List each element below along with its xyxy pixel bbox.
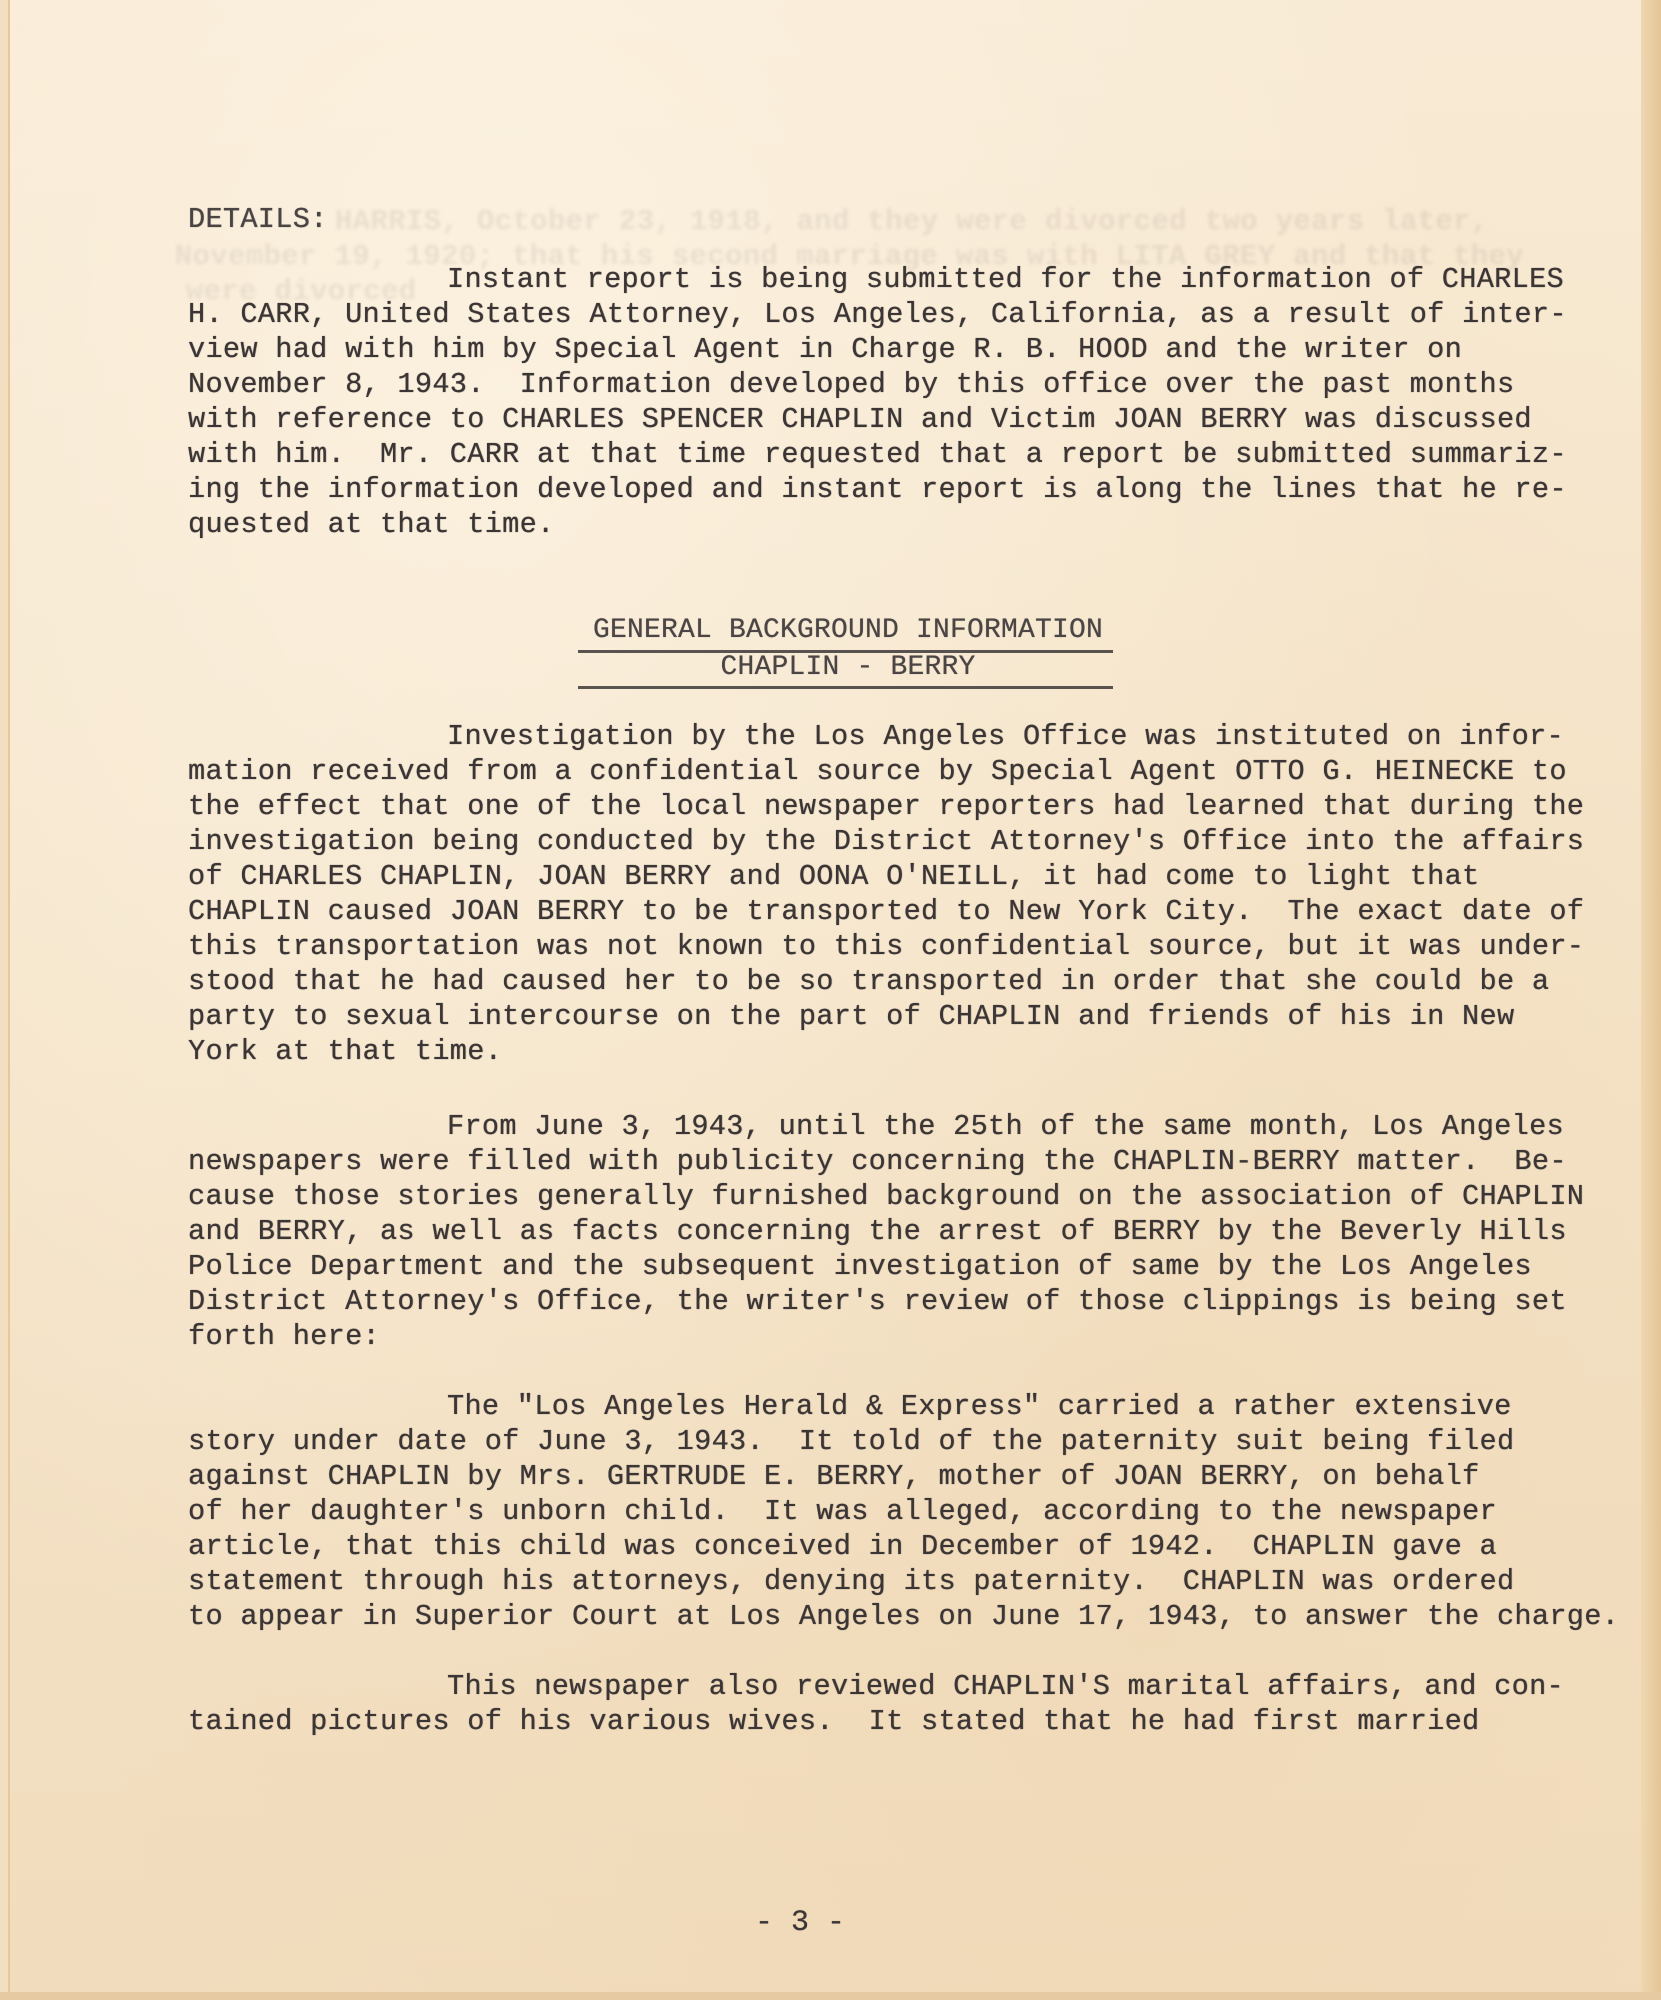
text-line: York at that time. <box>188 1035 502 1068</box>
text-line: Instant report is being submitted for th… <box>447 263 1564 296</box>
text-line: against CHAPLIN by Mrs. GERTRUDE E. BERR… <box>188 1460 1480 1493</box>
text-line: forth here: <box>188 1320 380 1353</box>
heading-line-2: CHAPLIN - BERRY <box>578 652 1118 683</box>
text-line: view had with him by Special Agent in Ch… <box>188 333 1462 366</box>
text-line: District Attorney's Office, the writer's… <box>188 1285 1567 1318</box>
text-line: CHAPLIN caused JOAN BERRY to be transpor… <box>188 895 1584 928</box>
text-line: statement through his attorneys, denying… <box>188 1565 1514 1598</box>
text-line: Police Department and the subsequent inv… <box>188 1250 1532 1283</box>
text-line: with reference to CHARLES SPENCER CHAPLI… <box>188 403 1532 436</box>
text-line: ing the information developed and instan… <box>188 473 1567 506</box>
text-line: with him. Mr. CARR at that time requeste… <box>188 438 1567 471</box>
text-line: cause those stories generally furnished … <box>188 1180 1584 1213</box>
text-line: of her daughter's unborn child. It was a… <box>188 1495 1497 1528</box>
text-line: tained pictures of his various wives. It… <box>188 1705 1480 1738</box>
text-line: November 8, 1943. Information developed … <box>188 368 1514 401</box>
text-line: H. CARR, United States Attorney, Los Ang… <box>188 298 1567 331</box>
text-line: Investigation by the Los Angeles Office … <box>447 720 1564 753</box>
text-line: party to sexual intercourse on the part … <box>188 1000 1514 1033</box>
heading-line-1: GENERAL BACKGROUND INFORMATION <box>578 615 1118 646</box>
text-line: quested at that time. <box>188 508 555 541</box>
bleed-through-text: HARRIS, October 23, 1918, and they were … <box>175 205 1489 238</box>
heading-underline <box>578 686 1113 689</box>
text-line: This newspaper also reviewed CHAPLIN'S m… <box>447 1670 1564 1703</box>
paper-edge <box>0 1992 1661 2000</box>
text-line: From June 3, 1943, until the 25th of the… <box>447 1110 1564 1143</box>
text-line: newspapers were filled with publicity co… <box>188 1145 1567 1178</box>
page-number: - 3 - <box>755 1906 845 1940</box>
text-line: to appear in Superior Court at Los Angel… <box>188 1600 1619 1633</box>
text-line: The "Los Angeles Herald & Express" carri… <box>447 1390 1512 1423</box>
document-page: HARRIS, October 23, 1918, and they were … <box>8 0 1645 1992</box>
text-line: story under date of June 3, 1943. It tol… <box>188 1425 1514 1458</box>
text-line: investigation being conducted by the Dis… <box>188 825 1584 858</box>
text-line: stood that he had caused her to be so tr… <box>188 965 1549 998</box>
text-line: article, that this child was conceived i… <box>188 1530 1497 1563</box>
text-line: mation received from a confidential sour… <box>188 755 1567 788</box>
text-line: the effect that one of the local newspap… <box>188 790 1584 823</box>
text-line: this transportation was not known to thi… <box>188 930 1584 963</box>
text-line: of CHARLES CHAPLIN, JOAN BERRY and OONA … <box>188 860 1480 893</box>
paper-edge <box>1641 0 1661 2000</box>
text-line: and BERRY, as well as facts concerning t… <box>188 1215 1567 1248</box>
section-label-details: DETAILS: <box>188 203 328 236</box>
